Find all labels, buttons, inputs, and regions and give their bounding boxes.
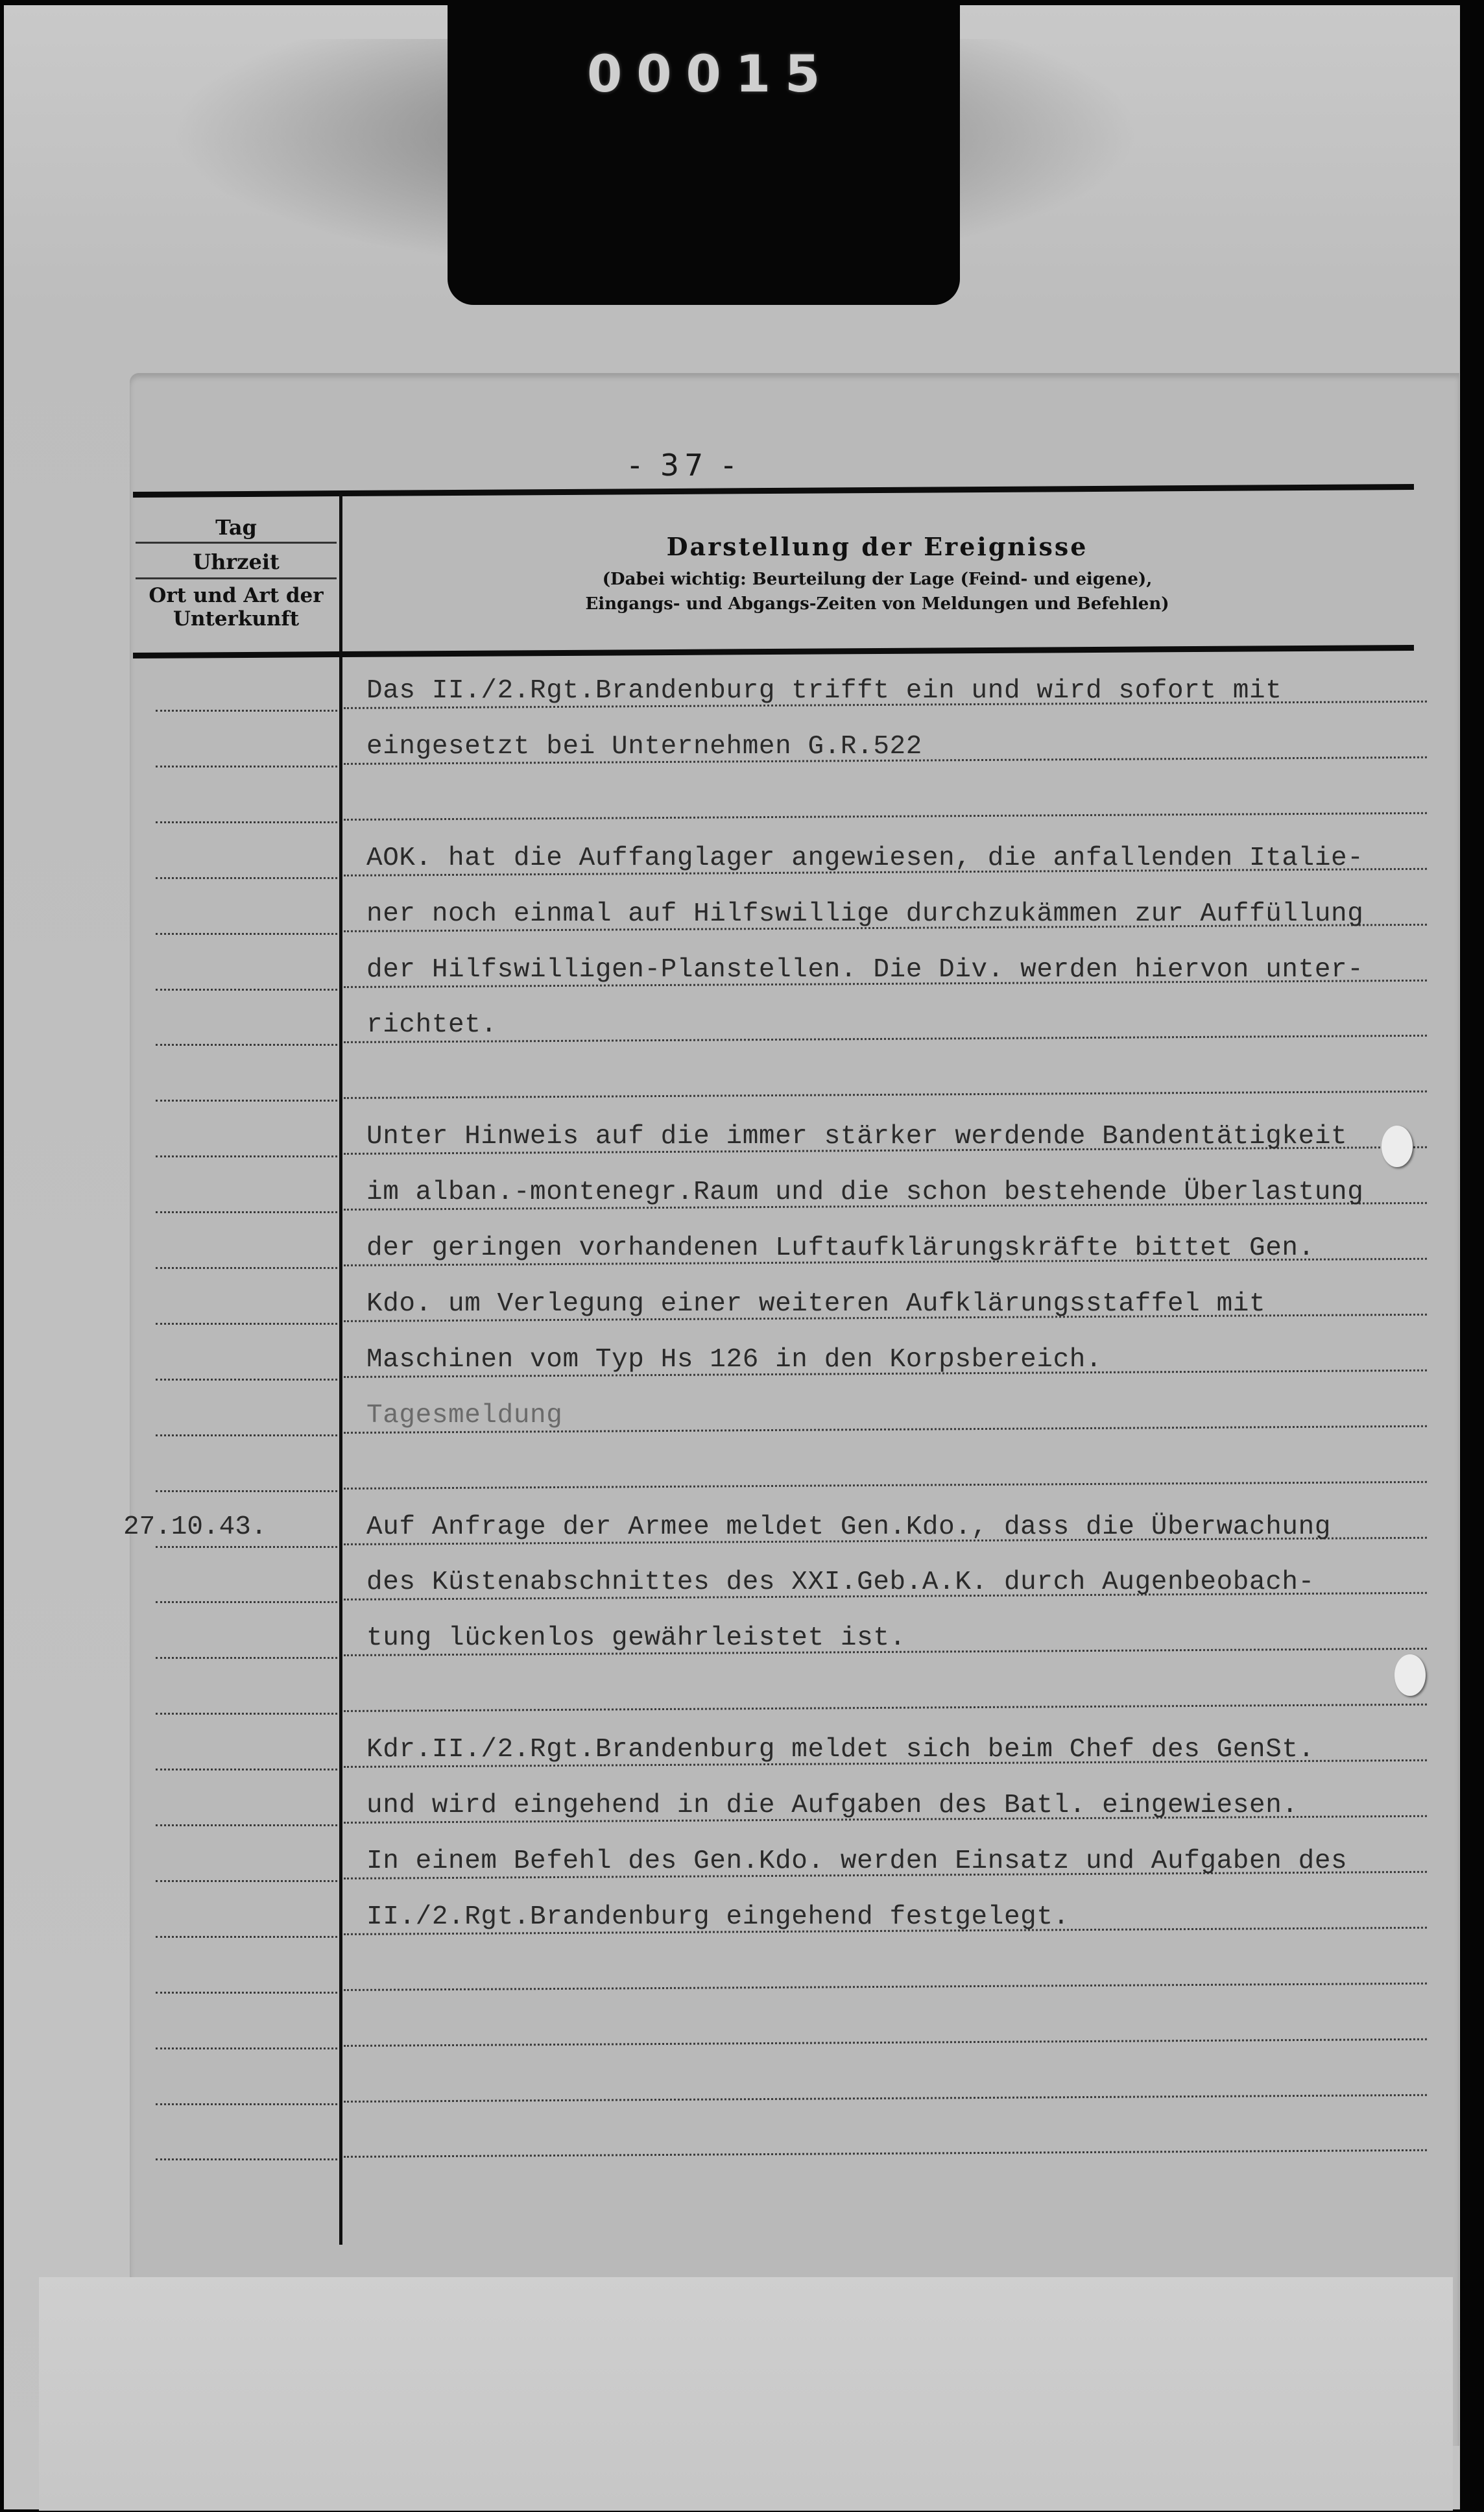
diary-text-line: und wird eingehend in die Aufgaben des B… bbox=[366, 1791, 1298, 1820]
ruled-line-left bbox=[156, 989, 337, 991]
ruled-line-left bbox=[156, 1267, 337, 1269]
ruled-line-left bbox=[156, 1992, 337, 1994]
ruled-line-left bbox=[156, 1936, 337, 1938]
ruled-line-left bbox=[156, 877, 337, 879]
diary-text-line: In einem Befehl des Gen.Kdo. werden Eins… bbox=[366, 1846, 1347, 1876]
diary-text-line: Unter Hinweis auf die immer stärker werd… bbox=[366, 1122, 1347, 1152]
punch-hole-top bbox=[1382, 1126, 1413, 1167]
header-ort-und-art: Ort und Art der Unterkunft bbox=[133, 579, 339, 631]
archive-frame-number: 00015 bbox=[587, 45, 834, 104]
diary-text-line: des Küstenabschnittes des XXI.Geb.A.K. d… bbox=[366, 1567, 1315, 1597]
ruled-line-left bbox=[156, 1769, 337, 1770]
diary-text-line: im alban.-montenegr.Raum und die schon b… bbox=[366, 1177, 1363, 1207]
ruled-line-left bbox=[156, 766, 337, 767]
diary-text-line: Auf Anfrage der Armee meldet Gen.Kdo., d… bbox=[366, 1512, 1331, 1542]
ruled-line-left bbox=[156, 933, 337, 935]
ruled-line-left bbox=[156, 1379, 337, 1381]
diary-text-line: der geringen vorhandenen Luftaufklärungs… bbox=[366, 1233, 1315, 1263]
diary-text-line: ner noch einmal auf Hilfswillige durchzu… bbox=[366, 899, 1363, 929]
diary-text-line: Das II./2.Rgt.Brandenburg trifft ein und… bbox=[366, 676, 1282, 706]
ruled-line-left bbox=[156, 2158, 337, 2160]
ruled-line-left bbox=[156, 821, 337, 823]
diary-text-line: Tagesmeldung bbox=[366, 1401, 562, 1431]
diary-text-line: der Hilfswilligen-Planstellen. Die Div. … bbox=[366, 955, 1363, 985]
bottom-backing-flap bbox=[39, 2277, 1453, 2511]
ruled-line-left bbox=[156, 1490, 337, 1492]
ruled-line-left bbox=[156, 1155, 337, 1157]
header-tag: Tag bbox=[136, 496, 337, 544]
ruled-line-left bbox=[156, 1323, 337, 1325]
ruled-line-left bbox=[156, 1601, 337, 1603]
ruled-line-left bbox=[156, 1434, 337, 1436]
diary-text-line: Kdo. um Verlegung einer weiteren Aufklär… bbox=[366, 1289, 1265, 1319]
diary-text-line: eingesetzt bei Unternehmen G.R.522 bbox=[366, 732, 922, 762]
diary-text-line: II./2.Rgt.Brandenburg eingehend festgele… bbox=[366, 1902, 1070, 1932]
header-title: Darstellung der Ereignisse bbox=[344, 532, 1411, 561]
ruled-line-left bbox=[156, 1824, 337, 1826]
ruled-line-left bbox=[156, 1546, 337, 1548]
main-column-header: Darstellung der Ereignisse (Dabei wichti… bbox=[344, 532, 1411, 616]
page-number: - 37 - bbox=[610, 448, 759, 483]
header-subtitle-2: Eingangs- und Abgangs-Zeiten von Meldung… bbox=[344, 592, 1411, 617]
ruled-line-left bbox=[156, 1657, 337, 1659]
ruled-line-left bbox=[156, 1044, 337, 1046]
ruled-line-left bbox=[156, 1880, 337, 1882]
header-subtitle-1: (Dabei wichtig: Beurteilung der Lage (Fe… bbox=[344, 568, 1411, 592]
diary-text-line: tung lückenlos gewährleistet ist. bbox=[366, 1623, 906, 1653]
header-uhrzeit: Uhrzeit bbox=[136, 544, 337, 579]
entry-date: 27.10.43. bbox=[123, 1512, 267, 1542]
diary-text-line: AOK. hat die Auffanglager angewiesen, di… bbox=[366, 843, 1363, 873]
diary-text-line: richtet. bbox=[366, 1010, 497, 1040]
ruled-line-left bbox=[156, 2047, 337, 2049]
ruled-line-left bbox=[156, 2103, 337, 2105]
ruled-line-left bbox=[156, 1211, 337, 1213]
left-column-header: Tag Uhrzeit Ort und Art der Unterkunft bbox=[133, 496, 339, 652]
column-divider bbox=[339, 493, 342, 2245]
ruled-line-left bbox=[156, 1100, 337, 1102]
ruled-line-left bbox=[156, 710, 337, 712]
ruled-line-left bbox=[156, 1713, 337, 1715]
diary-text-line: Kdr.II./2.Rgt.Brandenburg meldet sich be… bbox=[366, 1735, 1315, 1765]
diary-text-line: Maschinen vom Typ Hs 126 in den Korpsber… bbox=[366, 1345, 1102, 1375]
punch-hole-bottom bbox=[1394, 1654, 1426, 1696]
